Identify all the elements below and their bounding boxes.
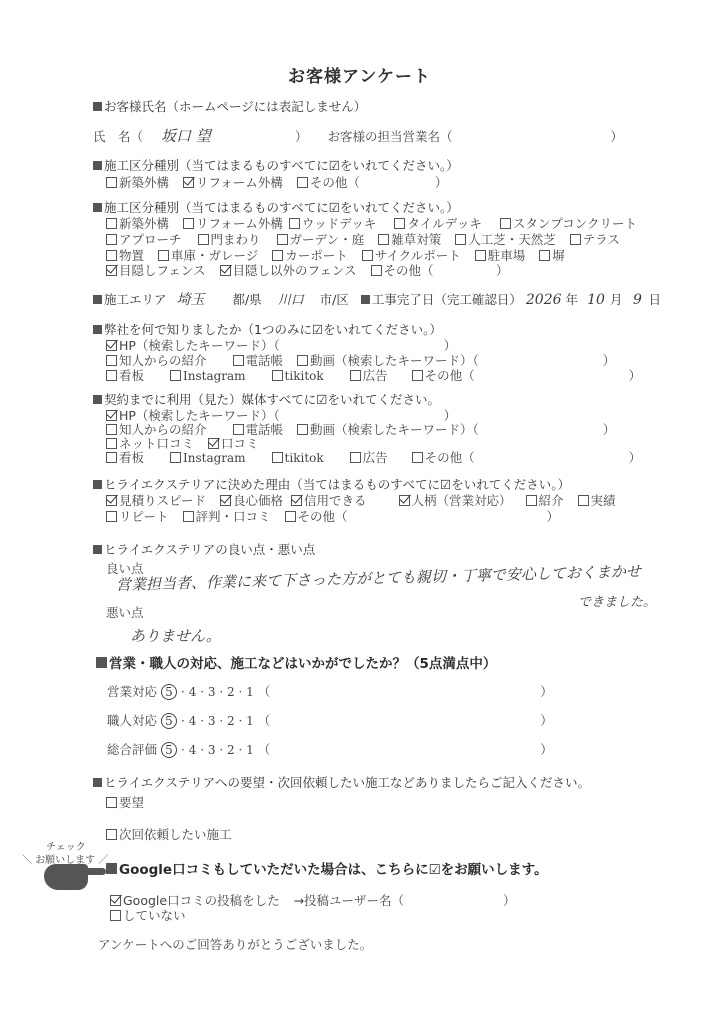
rating-option-selected[interactable]: 5 [161,742,177,758]
checkbox-icon[interactable] [500,218,511,229]
option-label: 広告 [363,450,388,465]
name-row: 氏 名（ 坂口 望 ） お客様の担当営業名（ ） [93,125,623,146]
option-label: 次回依頼したい施工 [119,827,232,842]
month-label: 月 [610,292,623,307]
section-ratings: 営業・職人の対応、施工などはいかがでしたか？（5点満点中） [96,652,496,672]
rating-option-selected[interactable]: 5 [161,684,177,700]
city-label: 市/区 [320,292,349,307]
option-label: 人柄（営業対応） [412,493,512,508]
reasons-row-2: リピート 評判・口コミ その他（ ） [106,507,559,525]
checkbox-option[interactable]: 塀 [539,246,565,264]
option-label: 人工芝・天然芝 [468,232,556,247]
checkbox-checked-icon[interactable] [291,495,302,506]
checkbox-option[interactable]: その他（ [285,507,348,525]
paren-close: ） [629,450,642,465]
checkbox-icon[interactable] [475,250,486,261]
option-label: 広告 [363,368,388,383]
bullet-square-icon [93,545,102,554]
good-points-text-line2[interactable]: できました。 [578,591,656,610]
checkbox-checked-icon[interactable] [110,895,121,906]
rating-label: 総合評価 [107,742,157,757]
checkbox-option[interactable]: その他（ [412,448,475,466]
checkbox-icon[interactable] [272,452,283,463]
month-field[interactable]: 10 [582,292,610,308]
option-label: その他（ ） [384,263,509,278]
checkbox-icon[interactable] [106,370,117,381]
day-field[interactable]: 9 [627,292,649,308]
option-label: Instagram [183,451,246,465]
checkbox-icon[interactable] [183,511,194,522]
option-label: tikitok [285,369,324,383]
option-label: アプローチ [119,232,182,247]
paren-close: ） [547,509,560,524]
area-heading: 施工エリア [104,292,167,307]
section-google-review: Google口コミもしていただいた場合は、こちらに☑をお願いします。 [106,858,548,878]
section-heading: お客様氏名（ホームページには表記しません） [104,99,366,114]
checkbox-icon[interactable] [106,177,117,188]
option-label: 見積りスピード [119,493,206,508]
rating-option[interactable]: 2 [227,714,235,728]
section-heading: 施工区分種別（当てはまるものすべてに☑をいれてください。） [104,158,459,173]
rating-row-sales: 営業対応 5 · 4 · 3 · 2 · 1 （） [107,682,553,700]
option-label: テラス [583,232,620,247]
checkbox-icon[interactable] [289,218,300,229]
bullet-square-icon [93,395,102,404]
option-label: リピート [119,509,169,524]
prefecture-field[interactable]: 埼玉 [171,289,229,309]
checkbox-icon[interactable] [578,495,589,506]
section-good-bad: ヒライエクステリアの良い点・悪い点 [93,540,315,558]
option-label: タイルデッキ [407,216,482,231]
option-label: 動画（検索したキーワード）（ [310,422,479,437]
option-label: 新築外構 [119,175,169,190]
bullet-square-icon [96,657,107,668]
option-label: Instagram [183,369,246,383]
checkbox-option[interactable]: テラス [570,230,620,248]
bullet-square-icon [93,295,102,304]
checkbox-icon[interactable] [526,495,537,506]
rating-row-overall: 総合評価 5 · 4 · 3 · 2 · 1 （） [107,740,553,758]
paren-close: ） [603,422,616,437]
city-field[interactable]: 川口 [266,289,316,308]
checkbox-checked-icon[interactable] [106,265,117,276]
checkbox-icon[interactable] [233,355,244,366]
rating-option[interactable]: 1 [246,743,254,757]
checkbox-option[interactable]: 広告 [350,448,388,466]
checkbox-option[interactable]: リピート [106,507,169,525]
checkbox-option[interactable]: 実績 [578,491,616,509]
section-heading: ヒライエクステリアの良い点・悪い点 [104,542,315,557]
checkbox-option[interactable]: Instagram [170,451,246,465]
checkbox-icon[interactable] [412,452,423,463]
rating-option[interactable]: 3 [208,714,216,728]
checkbox-icon[interactable] [297,424,308,435]
checkbox-icon[interactable] [570,234,581,245]
rating-option[interactable]: 2 [227,685,235,699]
option-label: スタンプコンクリート [513,216,637,231]
prefecture-label: 都/県 [232,292,261,307]
checkbox-option[interactable]: その他（ [412,366,475,384]
option-label: ウッドデッキ [302,216,377,231]
checkbox-option[interactable]: リフォーム外構 [183,173,283,191]
option-label: 看板 [119,368,144,383]
bullet-square-icon [93,102,102,111]
google-not-posted-row[interactable]: していない [110,906,186,924]
checkbox-option[interactable]: 目隠し以外のフェンス [220,261,357,279]
sales-rep-label: お客様の担当営業名（ [327,129,452,144]
checkbox-option[interactable]: 広告 [350,366,388,384]
checkbox-icon[interactable] [106,511,117,522]
checkbox-icon[interactable] [106,234,117,245]
option-label: 信用できる [304,493,367,508]
option-label: リフォーム外構 [196,175,283,190]
option-label: していない [123,908,186,923]
section-heading: 弊社を何で知りましたか（1つのみに☑をいれてください。） [104,322,442,337]
option-label: 雑草対策 [391,232,441,247]
year-label: 年 [566,292,579,307]
option-label: 塀 [552,248,565,263]
section-heading: 施工区分種別（当てはまるものすべてに☑をいれてください。） [104,200,459,215]
checkbox-icon[interactable] [394,218,405,229]
day-label: 日 [649,292,662,307]
checkbox-icon[interactable] [277,234,288,245]
checkbox-icon[interactable] [285,511,296,522]
checkbox-icon[interactable] [106,452,117,463]
option-label: ガーデン・庭 [290,232,365,247]
section-heading: Google口コミもしていただいた場合は、こちらに☑をお願いします。 [119,862,548,878]
paren-close: ） [610,129,623,144]
rating-option-selected[interactable]: 5 [161,713,177,729]
name-label: 氏 名（ [93,129,143,144]
option-label: 目隠しフェンス [119,263,206,278]
option-label: tikitok [285,451,324,465]
bad-label: 悪い点 [106,603,144,621]
rating-option[interactable]: 2 [227,743,235,757]
checkbox-option[interactable]: 目隠しフェンス [106,261,206,279]
checkbox-icon[interactable] [110,910,121,921]
checkbox-icon[interactable] [183,218,194,229]
bullet-square-icon [106,863,117,874]
checkbox-icon[interactable] [362,250,373,261]
section-construction-category: 施工区分種別（当てはまるものすべてに☑をいれてください。） [93,156,459,174]
rating-option[interactable]: 3 [208,743,216,757]
rating-option[interactable]: 1 [246,685,254,699]
section-customer-name: お客様氏名（ホームページには表記しません） [93,97,366,115]
checkbox-icon[interactable] [272,370,283,381]
checkbox-icon[interactable] [455,234,466,245]
checkbox-icon[interactable] [170,370,181,381]
checkbox-icon[interactable] [297,177,308,188]
checkbox-checked-icon[interactable] [106,495,117,506]
section-requests: ヒライエクステリアへの要望・次回依頼したい施工などありましたらご記入ください。 [93,773,590,791]
checkbox-checked-icon[interactable] [183,177,194,188]
rating-option[interactable]: 1 [246,714,254,728]
checkbox-option[interactable]: 新築外構 [106,173,169,191]
rating-row-craftsman: 職人対応 5 · 4 · 3 · 2 · 1 （） [107,711,553,729]
option-label: 評判・口コミ [196,509,271,524]
section-heading: ヒライエクステリアに決めた理由（当てはまるものすべてに☑をいれてください。） [104,477,570,492]
bullet-square-icon [93,778,102,787]
option-label: 新築外構 [119,216,169,231]
option-label: その他（ [425,450,475,465]
username-label: →投稿ユーザー名（ [294,893,404,908]
request-option[interactable]: 要望 [106,793,144,811]
paren-close: ） [503,893,516,908]
checkbox-icon[interactable] [297,355,308,366]
checkbox-icon[interactable] [106,797,117,808]
option-label: 紹介 [539,493,564,508]
checkbox-option[interactable]: 看板 [106,366,144,384]
section-heading: ヒライエクステリアへの要望・次回依頼したい施工などありましたらご記入ください。 [104,775,590,790]
bullet-square-icon [93,480,102,489]
checkbox-option[interactable]: その他（ ） [297,173,448,191]
checkbox-option[interactable]: tikitok [272,451,324,465]
rating-label: 職人対応 [107,713,157,728]
media-row-4: 看板 Instagram tikitok 広告 その他（ ） [106,448,641,466]
checkbox-icon[interactable] [106,829,117,840]
option-label: 実績 [591,493,616,508]
bad-points-text[interactable]: ありません。 [130,625,221,646]
checkbox-option[interactable]: 評判・口コミ [183,507,271,525]
checkbox-checked-icon[interactable] [106,340,117,351]
option-label: 看板 [119,450,144,465]
area-date-row: 施工エリア 埼玉 都/県 川口 市/区 工事完了日（完工確認日） 2026 年 … [93,289,661,309]
section-heading: 契約までに利用（見た）媒体すべてに☑をいれてください。 [104,392,440,407]
checkbox-icon[interactable] [378,234,389,245]
pointing-hand-icon [44,864,88,890]
rating-label: 営業対応 [107,684,157,699]
paren-close: ） [295,129,308,144]
paren-close: ） [629,368,642,383]
bullet-square-icon [361,295,370,304]
checkbox-icon[interactable] [106,218,117,229]
thank-you-message: アンケートへのご回答ありがとうございました。 [98,935,372,953]
bullet-square-icon [93,203,102,212]
option-label: リフォーム外構 [196,216,283,231]
option-label: 良心価格 [233,493,283,508]
checkbox-icon[interactable] [158,250,169,261]
rating-option[interactable]: 3 [208,685,216,699]
how-found-row-3: 看板 Instagram tikitok 広告 その他（ ） [106,366,641,384]
checkbox-icon[interactable] [198,234,209,245]
checkbox-checked-icon[interactable] [220,495,231,506]
construction-category-options: 新築外構 リフォーム外構 その他（ ） [106,173,457,191]
option-label: 門まわり [211,232,261,247]
checkbox-icon[interactable] [350,370,361,381]
checkbox-option[interactable]: その他（ ） [371,261,509,279]
option-label: その他（ ） [310,175,448,190]
checkbox-option[interactable]: 動画（検索したキーワード）（ [297,420,479,438]
bullet-square-icon [93,161,102,170]
option-label: その他（ [298,509,348,524]
section-heading: 営業・職人の対応、施工などはいかがでしたか？（5点満点中） [109,656,496,672]
checkbox-icon[interactable] [106,355,117,366]
checkbox-icon[interactable] [272,250,283,261]
checkbox-icon[interactable] [350,452,361,463]
checkbox-option[interactable]: tikitok [272,369,324,383]
option-label: 要望 [119,795,144,810]
bullet-square-icon [93,325,102,334]
checkbox-checked-icon[interactable] [220,265,231,276]
option-label: 目隠し以外のフェンス [233,263,357,278]
checkbox-icon[interactable] [106,250,117,261]
good-points-text[interactable]: 営業担当者、作業に来て下さった方がとても親切・丁寧で安心しておくまかせ [116,560,641,595]
checkbox-icon[interactable] [371,265,382,276]
checkbox-option[interactable]: Instagram [170,369,246,383]
option-label: その他（ [425,368,475,383]
checkbox-icon[interactable] [412,370,423,381]
construction-type-row-4: 目隠しフェンス 目隠し以外のフェンス その他（ ） [106,261,519,279]
checkbox-checked-icon[interactable] [399,495,410,506]
next-request-option[interactable]: 次回依頼したい施工 [106,825,232,843]
page-title: お客様アンケート [288,62,431,87]
checkbox-option[interactable]: 看板 [106,448,144,466]
checkbox-icon[interactable] [170,452,181,463]
completion-date-heading: 工事完了日（完工確認日） [372,292,522,307]
name-field[interactable]: 坂口 望 [147,125,291,146]
year-field[interactable]: 2026 [526,292,562,308]
checkbox-icon[interactable] [539,250,550,261]
